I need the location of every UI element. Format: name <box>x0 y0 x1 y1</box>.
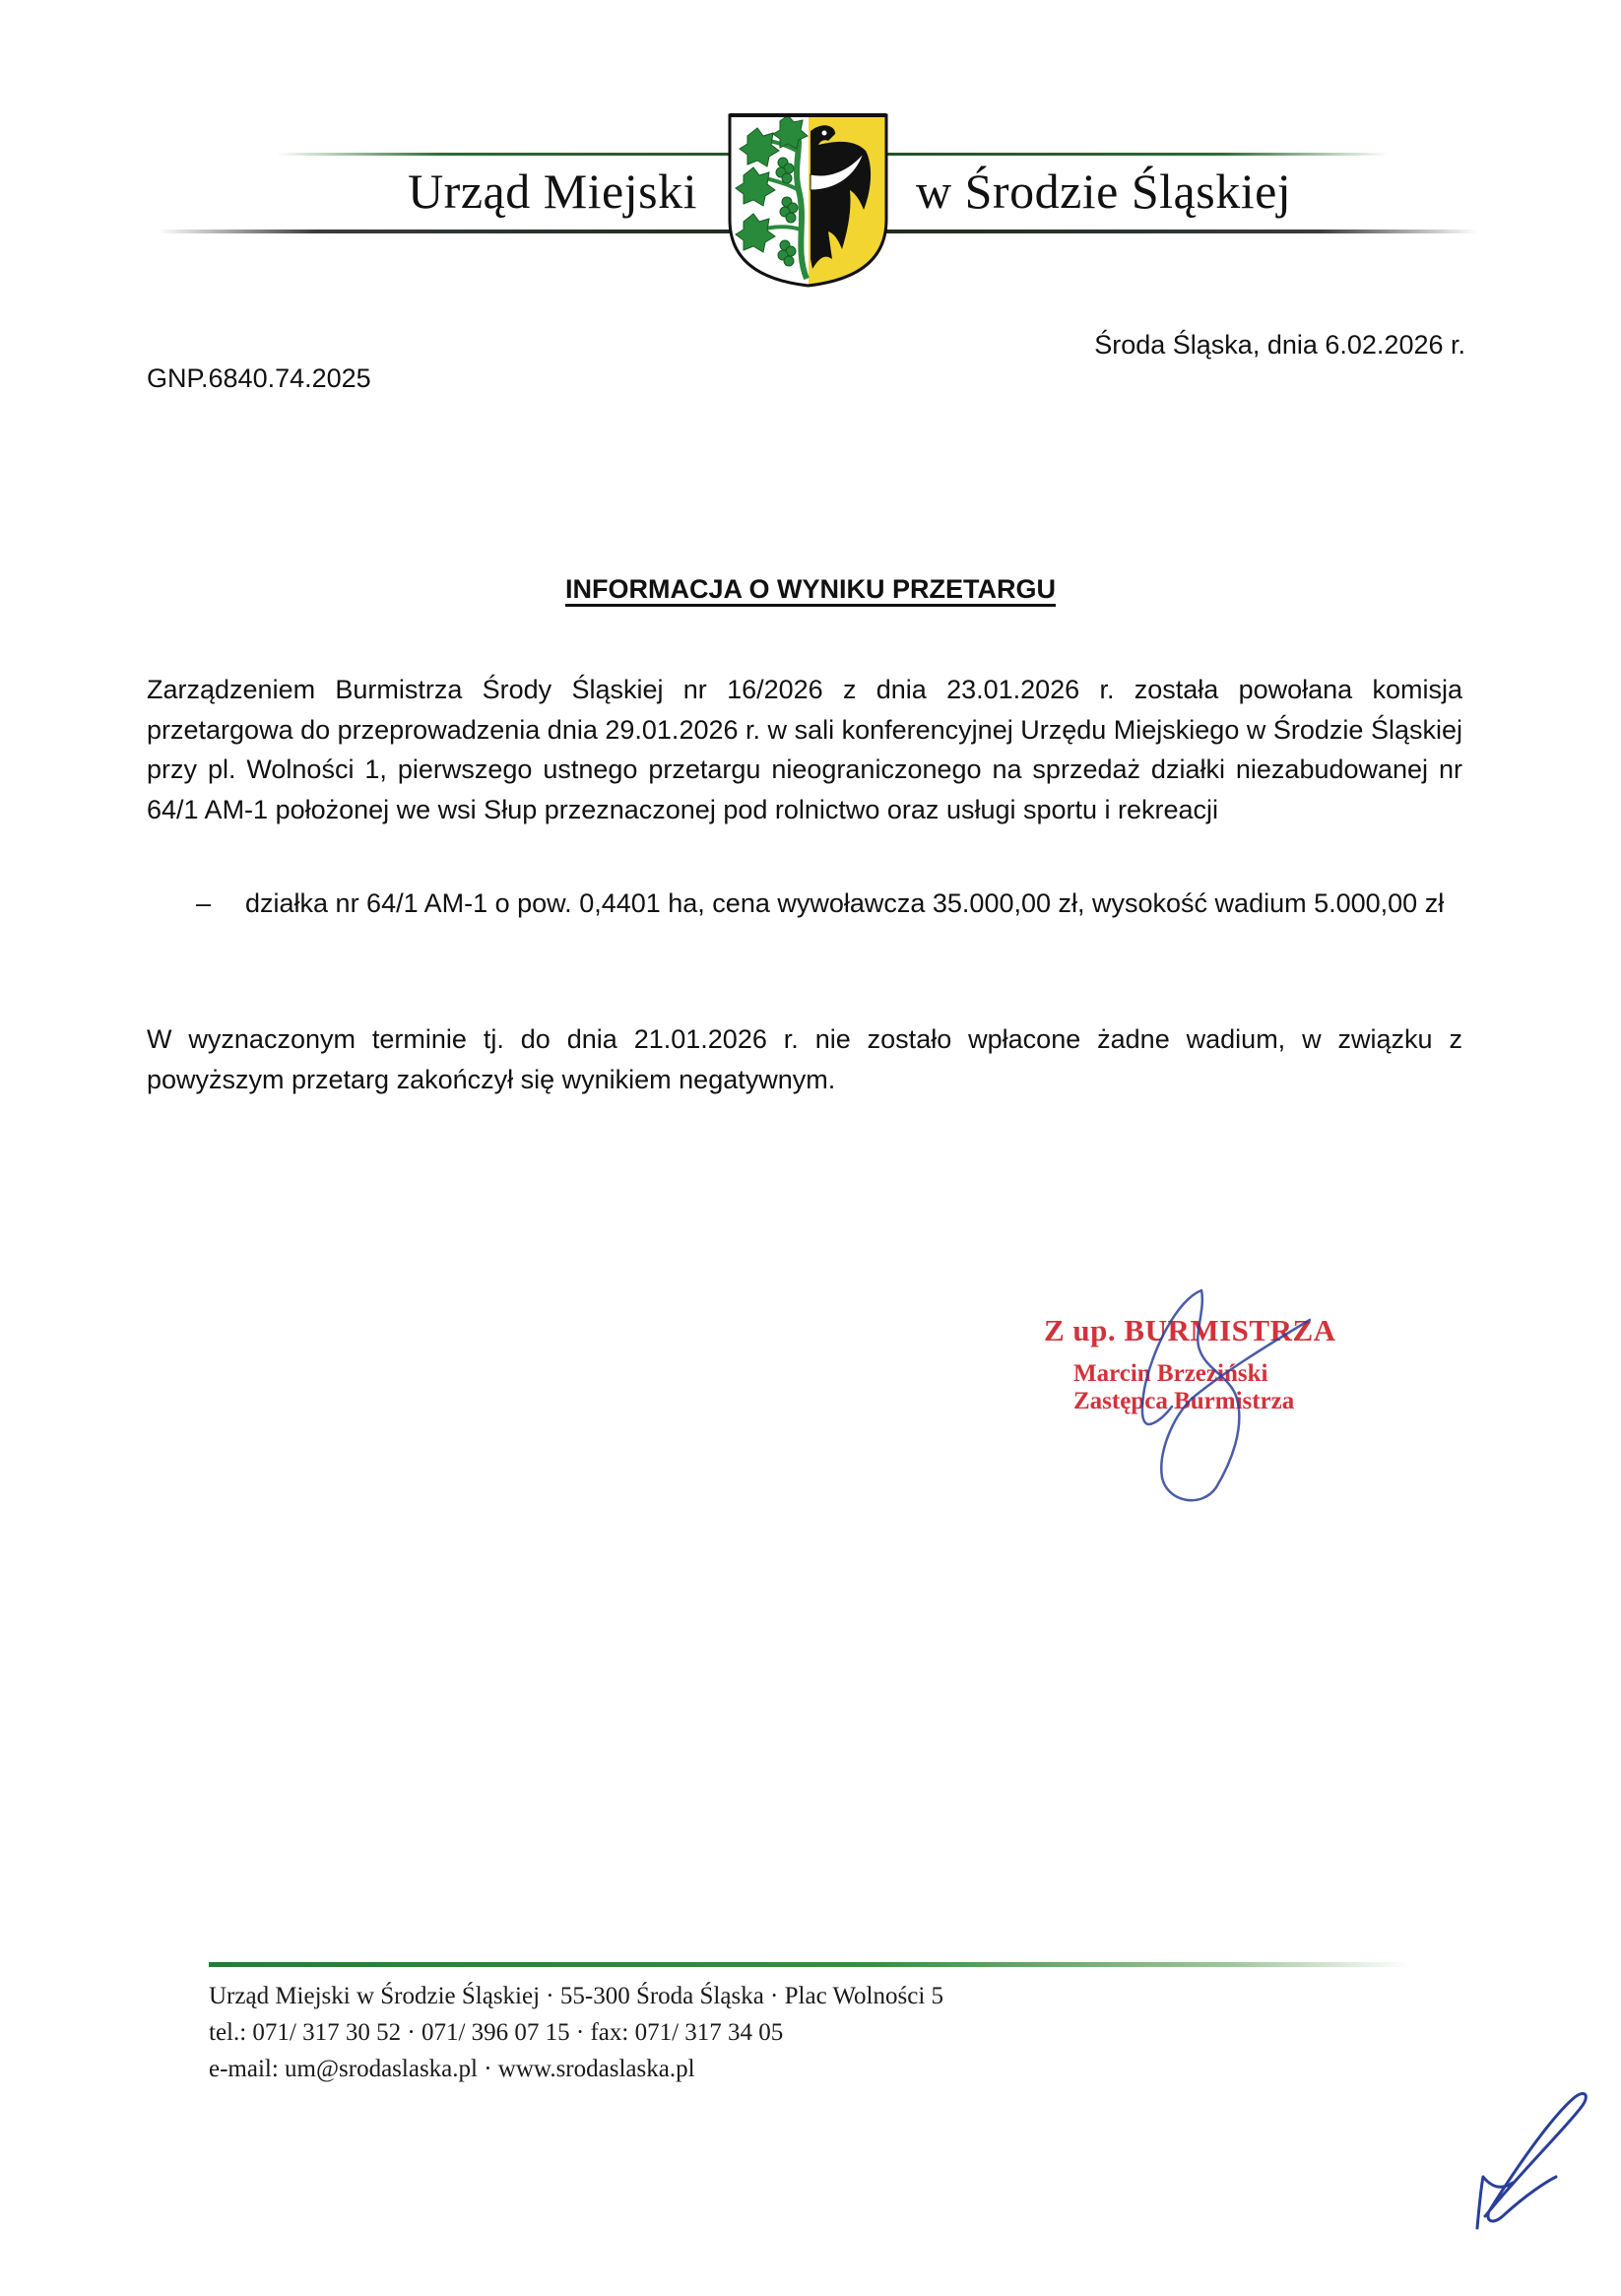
footer-email-web: e-mail: um@srodaslaska.pl · www.srodasla… <box>209 2051 943 2087</box>
initials-paraph-icon <box>1458 2088 1595 2236</box>
paragraph-commission: Zarządzeniem Burmistrza Środy Śląskiej n… <box>147 670 1462 829</box>
stamp-line-name: Marcin Brzeziński <box>1073 1360 1336 1388</box>
footer-phones: tel.: 071/ 317 30 52 · 071/ 396 07 15 · … <box>209 2014 943 2051</box>
stamp-line-authority: Z up. BURMISTRZA <box>1044 1313 1336 1348</box>
paragraph-result: W wyznaczonym terminie tj. do dnia 21.01… <box>147 1019 1462 1099</box>
document-reference-number: GNP.6840.74.2025 <box>147 363 371 394</box>
header-title-right: w Środzie Śląskiej <box>916 163 1291 220</box>
official-stamp: Z up. BURMISTRZA Marcin Brzeziński Zastę… <box>1044 1313 1336 1415</box>
coat-of-arms-icon <box>726 111 890 289</box>
footer-rule <box>209 1962 1410 1967</box>
header-title-left: Urząd Miejski <box>408 163 697 220</box>
bullet-dash: – <box>196 884 211 924</box>
stamp-line-position: Zastępca Burmistrza <box>1073 1388 1336 1415</box>
footer-contact: Urząd Miejski w Środzie Śląskiej · 55-30… <box>209 1978 943 2087</box>
place-and-date: Środa Śląska, dnia 6.02.2026 r. <box>1094 330 1465 361</box>
footer-address: Urząd Miejski w Środzie Śląskiej · 55-30… <box>209 1978 943 2014</box>
list-item-text: działka nr 64/1 AM-1 o pow. 0,4401 ha, c… <box>245 884 1462 924</box>
document-title: INFORMACJA O WYNIKU PRZETARGU <box>0 574 1621 605</box>
document-title-text: INFORMACJA O WYNIKU PRZETARGU <box>551 574 1070 604</box>
list-item-plot: – działka nr 64/1 AM-1 o pow. 0,4401 ha,… <box>147 884 1462 924</box>
